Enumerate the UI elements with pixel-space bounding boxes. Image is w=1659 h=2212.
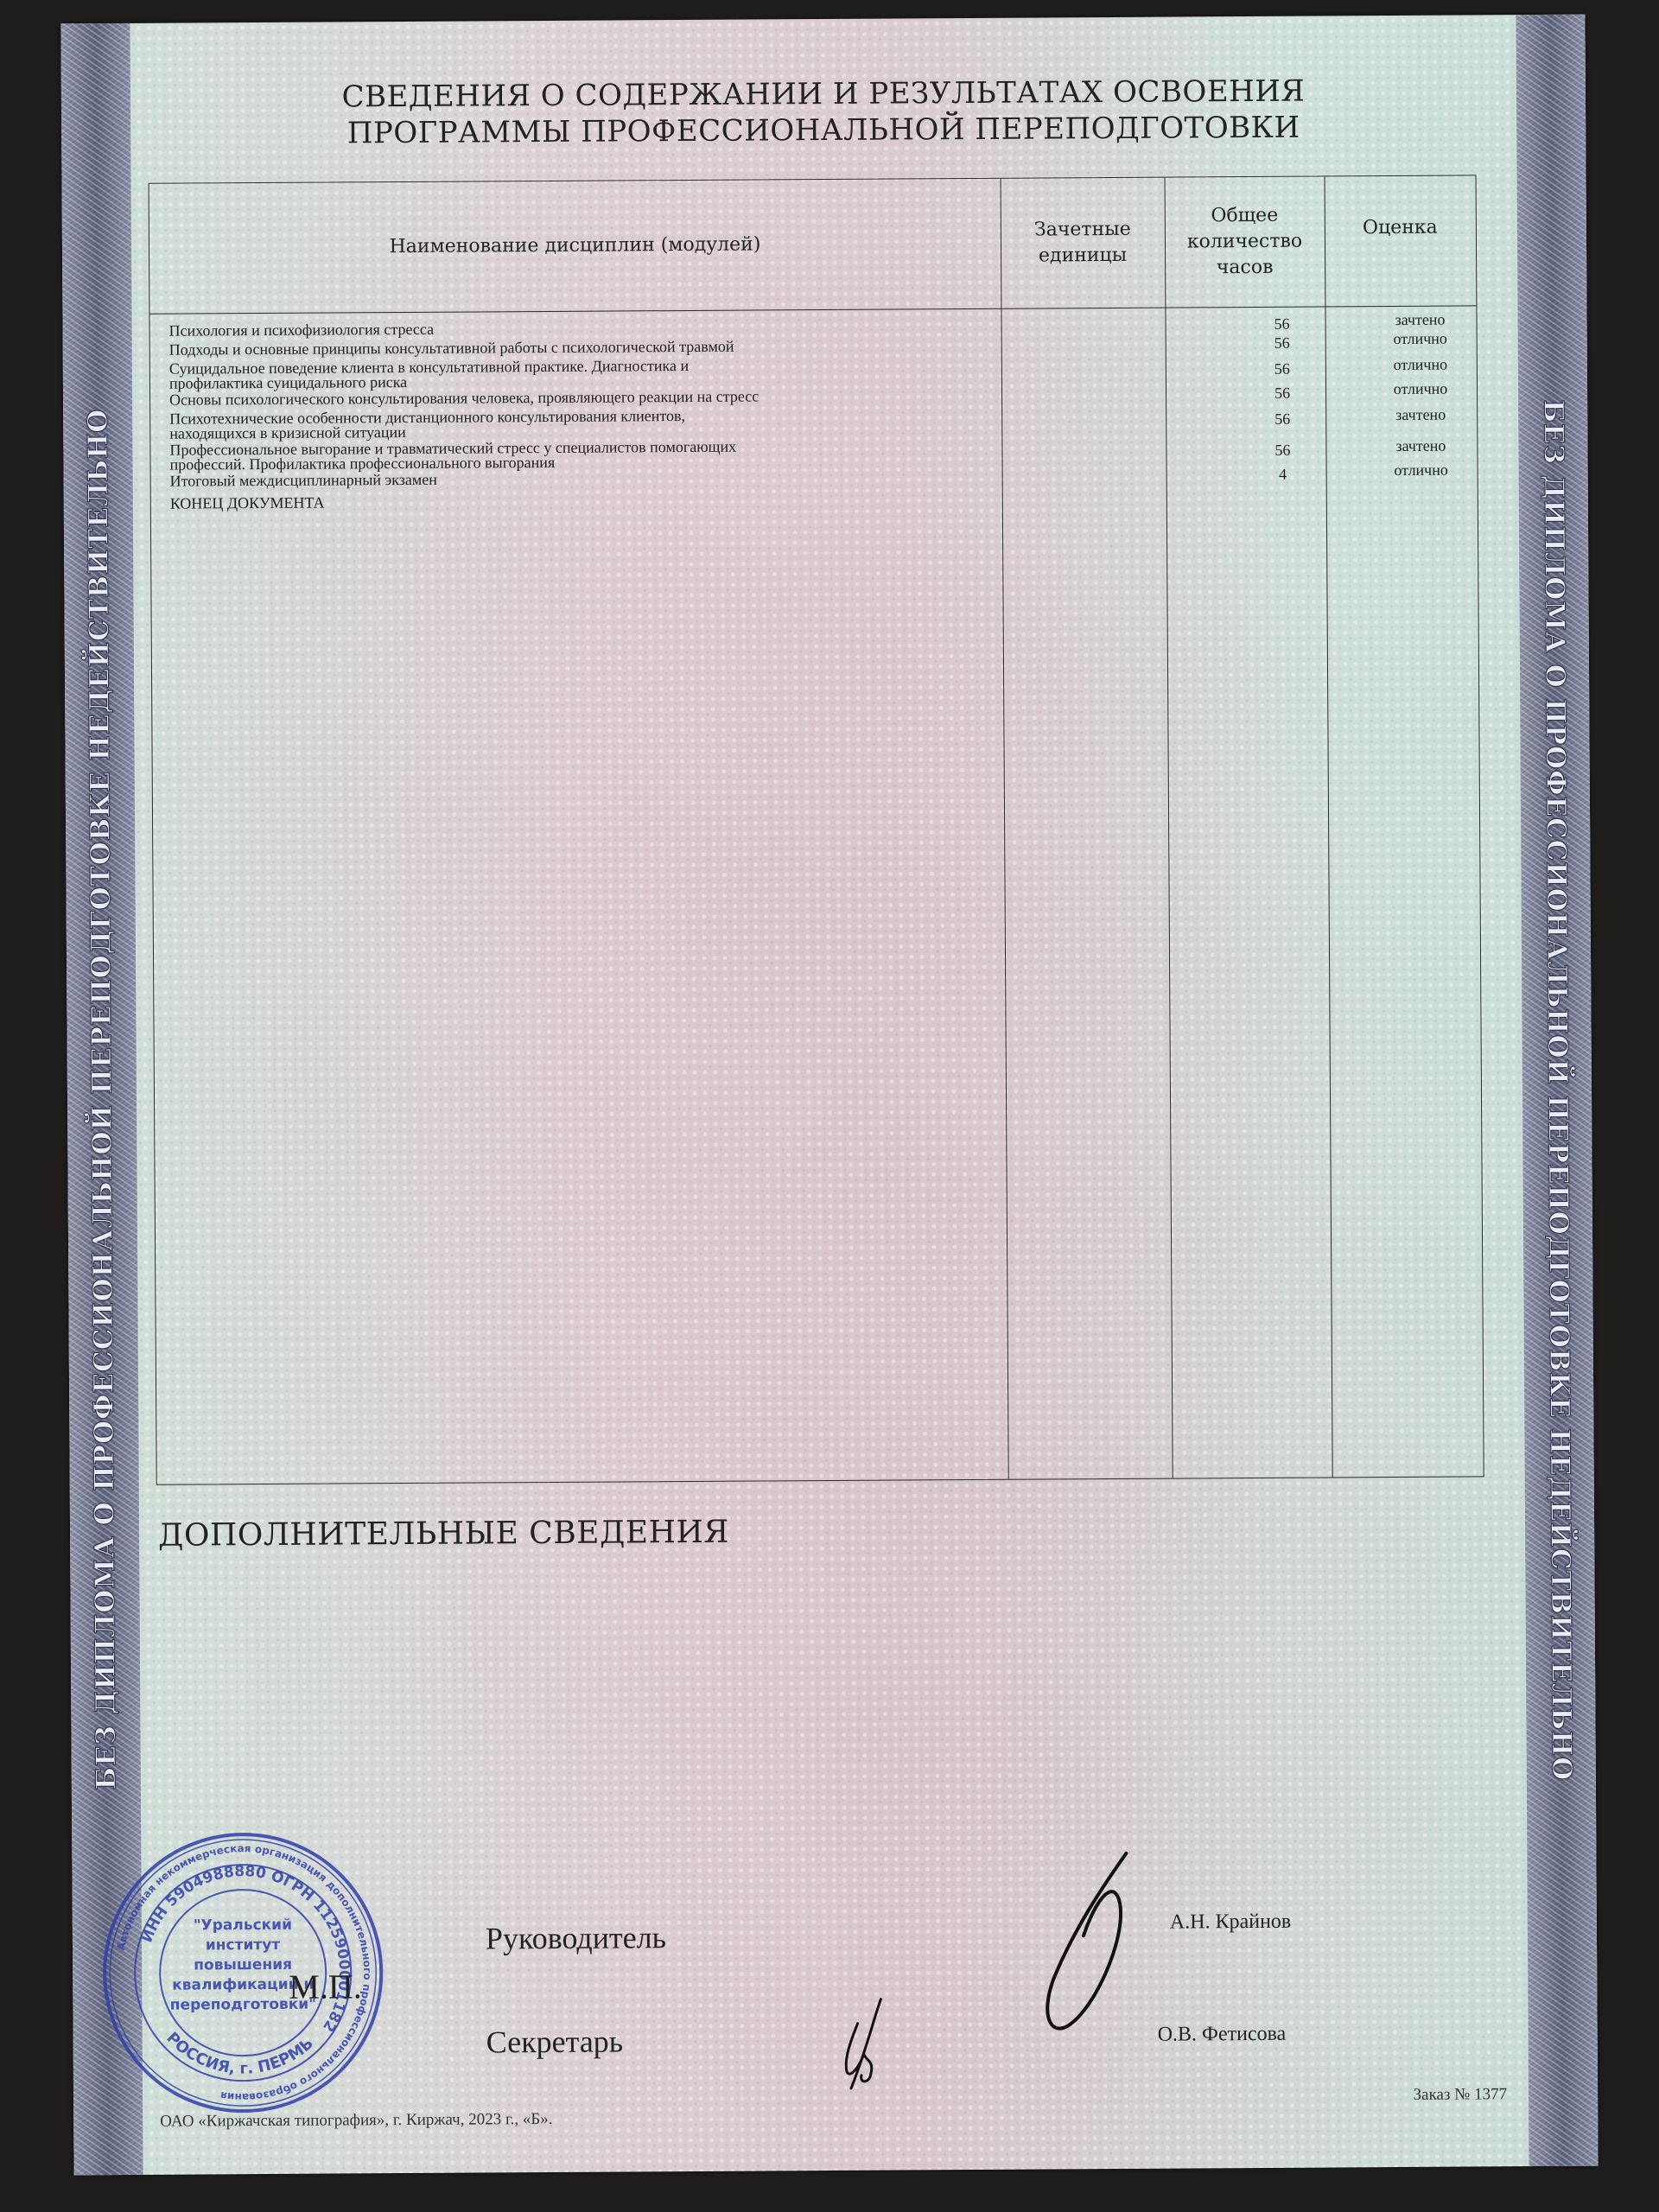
discipline-name: Основы психологического консультирования… [169,388,964,408]
svg-text:РОССИЯ, г. ПЕРМЬ: РОССИЯ, г. ПЕРМЬ [162,2028,317,2078]
grade-value: отлично [1352,462,1491,478]
discipline-name: Профессиональное выгорание и травматичес… [169,438,964,473]
document-title: СВЕДЕНИЯ О СОДЕРЖАНИИ И РЕЗУЛЬТАТАХ ОСВО… [165,72,1482,152]
order-number: Заказ № 1377 [1414,2085,1508,2105]
hours-value: 56 [1187,335,1377,351]
discipline-name: Психология и психофизиология стресса [169,319,964,339]
table-header: Наименование дисциплин (модулей) Зачетны… [149,175,1477,314]
hours-value: 56 [1187,385,1377,401]
head-label: Руководитель [486,1919,666,1956]
grade-value: отлично [1351,381,1490,397]
table-body: Психология и психофизиология стресса56за… [150,315,1477,323]
hours-value: 56 [1187,361,1377,377]
discipline-name: Итоговый междисциплинарный экзамен [170,469,965,489]
grade-value: зачтено [1351,407,1490,423]
svg-text:повышения: повышения [194,1956,292,1974]
hours-value: 4 [1188,467,1378,482]
grade-value: отлично [1351,357,1490,372]
head-signature [1022,1849,1153,2040]
header-discipline: Наименование дисциплин (модулей) [149,179,1001,314]
printer-info: ОАО «Киржачская типография», г. Киржач, … [160,2110,552,2132]
secretary-name: О.В. Фетисова [1158,2023,1287,2047]
grade-value: отлично [1351,331,1490,346]
secretary-label: Секретарь [486,2023,624,2060]
title-line-2: ПРОГРАММЫ ПРОФЕССИОНАЛЬНОЙ ПЕРЕПОДГОТОВК… [165,108,1482,152]
secretary-signature [833,1998,894,2093]
seal-place-marker: М.П. [289,1966,362,2007]
disciplines-table: Наименование дисциплин (модулей) Зачетны… [149,175,1484,1484]
grade-value: зачтено [1351,438,1490,454]
right-side-watermark-text: БЕЗ ДИПЛОМА О ПРОФЕССИОНАЛЬНОЙ ПЕРЕПОДГО… [1537,399,1577,1781]
header-grade: Оценка [1325,175,1477,306]
hours-value: 56 [1187,442,1377,458]
diploma-supplement-sheet: БЕЗ ДИПЛОМА О ПРОФЕССИОНАЛЬНОЙ ПЕРЕПОДГО… [60,15,1598,2176]
svg-text:"Уральский: "Уральский [194,1916,292,1935]
header-hours: Общее количество часов [1165,176,1325,307]
additional-info-title: ДОПОЛНИТЕЛЬНЫЕ СВЕДЕНИЯ [158,1515,729,1554]
discipline-name: Подходы и основные принципы консультатив… [169,338,964,358]
hours-value: 56 [1187,316,1377,332]
svg-text:институт: институт [206,1936,281,1955]
discipline-name: Психотехнические особенности дистанционн… [169,407,964,442]
hours-value: 56 [1187,411,1377,427]
right-side-watermark: БЕЗ ДИПЛОМА О ПРОФЕССИОНАЛЬНОЙ ПЕРЕПОДГО… [1516,15,1598,2166]
left-side-watermark-text: БЕЗ ДИПЛОМА О ПРОФЕССИОНАЛЬНОЙ ПЕРЕПОДГО… [82,409,122,1790]
discipline-name: Суицидальное поведение клиента в консуль… [169,357,964,391]
grade-value: зачтено [1351,312,1489,327]
header-credits: Зачетные единицы [1001,178,1166,308]
head-name: А.Н. Крайнов [1170,1910,1292,1935]
end-of-document-marker: КОНЕЦ ДОКУМЕНТА [170,494,325,513]
